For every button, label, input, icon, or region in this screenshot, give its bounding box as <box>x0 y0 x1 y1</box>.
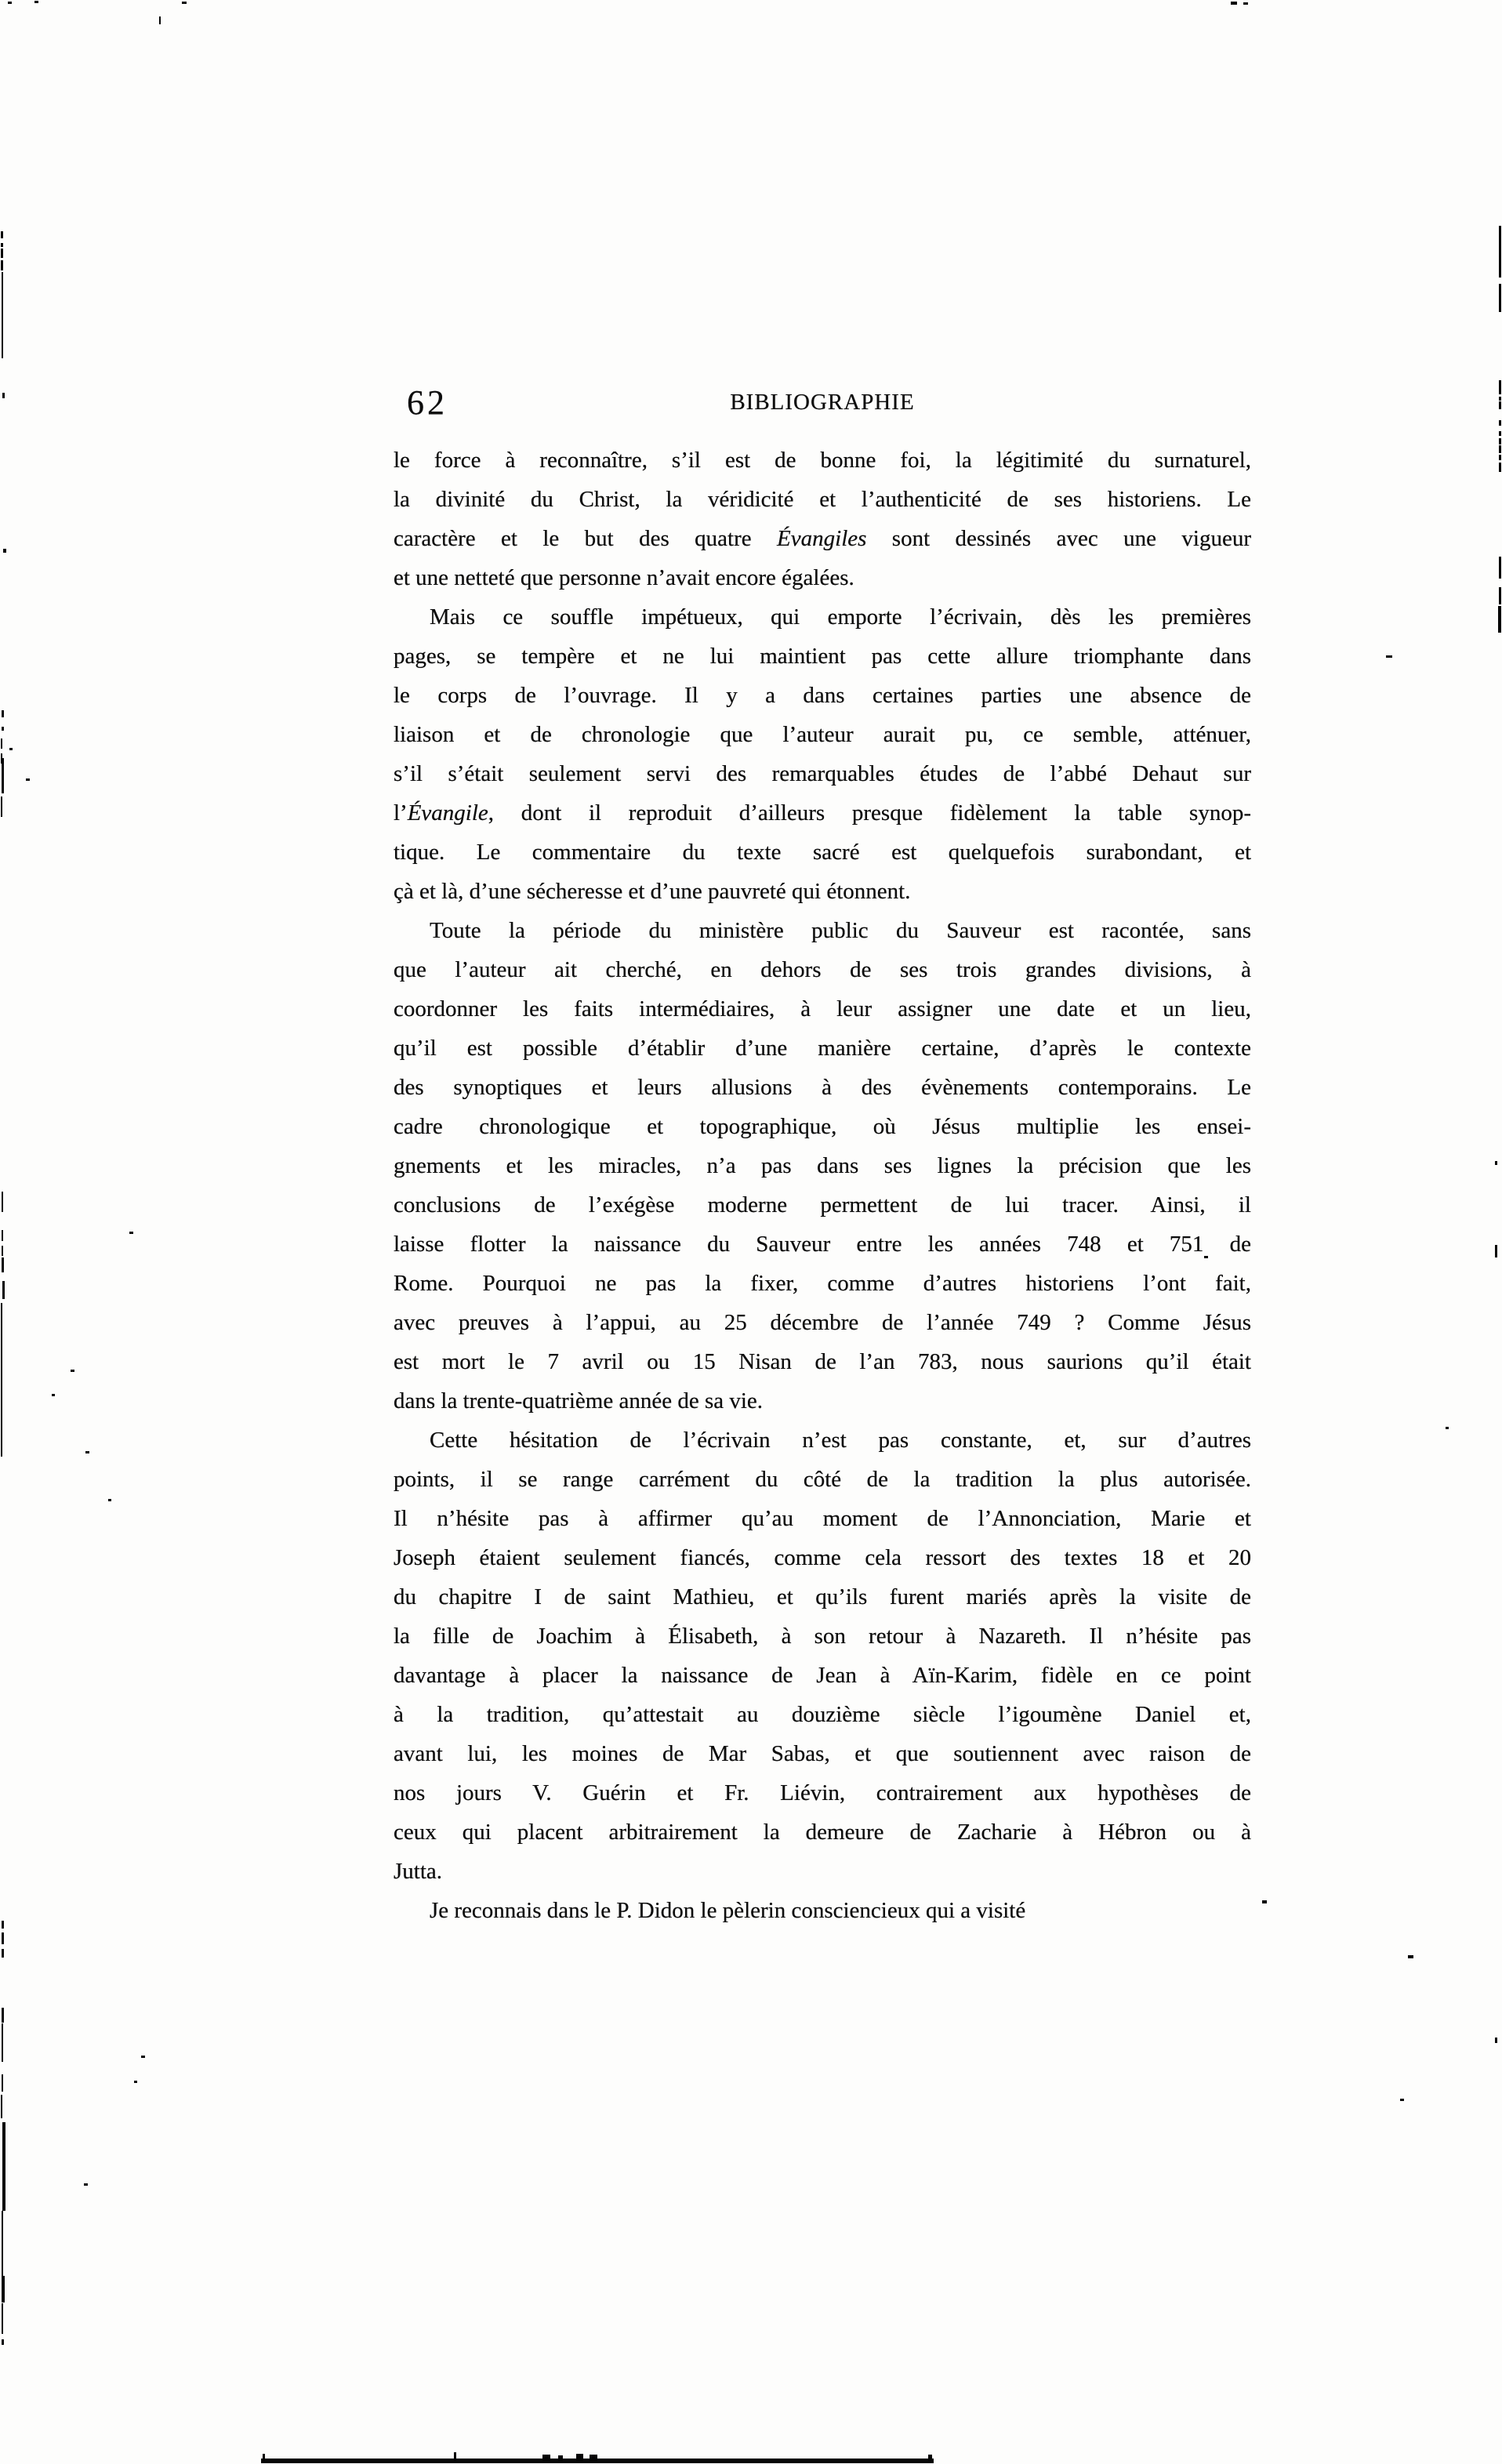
text-line: laisse flotter la naissance du Sauveur e… <box>394 1225 1251 1264</box>
scan-artifact <box>2 727 4 731</box>
italic-text: Évangiles <box>777 526 866 551</box>
text-line: caractère et le but des quatre Évangiles… <box>394 519 1251 558</box>
scan-artifact <box>2 1192 3 1212</box>
scan-artifact <box>129 1232 133 1234</box>
scan-artifact <box>1 243 3 247</box>
scan-artifact <box>263 2454 265 2459</box>
text-segment: gnements et les miracles, n’a pas dans s… <box>394 1153 1251 1178</box>
scan-artifact <box>1499 438 1501 445</box>
text-segment: conclusions de l’exégèse moderne permett… <box>394 1192 1251 1217</box>
scan-artifact <box>2 1932 4 1944</box>
text-segment: liaison et de chronologie que l’auteur a… <box>394 722 1251 747</box>
scanned-book-page: 62 BIBLIOGRAPHIE le force à reconnaître,… <box>0 0 1502 2464</box>
scan-artifact <box>2 2074 3 2092</box>
scan-artifact <box>1 797 2 817</box>
text-line: Joseph étaient seulement fiancés, comme … <box>394 1538 1251 1577</box>
text-segment: Cette hésitation de l’écrivain n’est pas… <box>430 1428 1251 1453</box>
text-line: liaison et de chronologie que l’auteur a… <box>394 715 1251 754</box>
text-line: et une netteté que personne n’avait enco… <box>394 558 1251 597</box>
scan-artifact <box>1499 420 1501 426</box>
scan-artifact <box>2 1281 5 1299</box>
text-line: le corps de l’ouvrage. Il y a dans certa… <box>394 676 1251 715</box>
text-segment: tique. Le commentaire du texte sacré est… <box>394 840 1251 865</box>
text-segment: laisse flotter la naissance du Sauveur e… <box>394 1232 1251 1257</box>
scan-artifact <box>454 2452 456 2459</box>
text-line: nos jours V. Guérin et Fr. Liévin, contr… <box>394 1773 1251 1813</box>
scan-artifact <box>1204 1256 1208 1258</box>
text-segment: sont dessinés avec une vigueur <box>866 526 1251 551</box>
scan-artifact <box>3 549 6 553</box>
scan-artifact <box>1499 397 1501 401</box>
text-segment: Je reconnais dans le P. Didon le pèlerin… <box>430 1898 1025 1923</box>
text-line: davantage à placer la naissance de Jean … <box>394 1656 1251 1695</box>
text-segment: Mais ce souffle impétueux, qui emporte l… <box>430 604 1251 630</box>
scan-artifact <box>590 2455 597 2459</box>
scan-artifact <box>2 2339 4 2345</box>
scan-artifact <box>52 1394 55 1396</box>
text-segment: dans la trente-quatrième année de sa vie… <box>394 1388 763 1413</box>
scan-artifact <box>84 2183 88 2186</box>
text-segment: des synoptiques et leurs allusions à des… <box>394 1075 1251 1100</box>
paragraph: Je reconnais dans le P. Didon le pèlerin… <box>394 1891 1251 1930</box>
scan-artifact <box>2 710 4 717</box>
scan-artifact <box>1499 587 1501 604</box>
text-segment: caractère et le but des quatre <box>394 526 777 551</box>
text-segment: ceux qui placent arbitrairement la demeu… <box>394 1820 1251 1845</box>
scan-artifact <box>1446 1427 1449 1429</box>
scan-artifact <box>1499 431 1501 436</box>
text-segment: la fille de Joachim à Élisabeth, à son r… <box>394 1624 1251 1649</box>
scan-artifact <box>2 758 4 785</box>
text-segment: avant lui, les moines de Mar Sabas, et q… <box>394 1741 1251 1766</box>
text-segment: Rome. Pourquoi ne pas la fixer, comme d’… <box>394 1271 1251 1296</box>
text-segment: l’ <box>394 800 408 826</box>
scan-artifact <box>182 2 187 4</box>
scan-artifact <box>261 2459 934 2463</box>
text-line: qu’il est possible d’établir d’une maniè… <box>394 1029 1251 1068</box>
scan-artifact <box>1499 284 1501 312</box>
text-segment: à la tradition, qu’attestait au douzième… <box>394 1702 1251 1727</box>
scan-artifact <box>26 778 30 781</box>
text-segment: et une netteté que personne n’avait enco… <box>394 565 854 590</box>
text-line: coordonner les faits intermédiaires, à l… <box>394 989 1251 1029</box>
text-segment: qu’il est possible d’établir d’une maniè… <box>394 1036 1251 1061</box>
text-segment: çà et là, d’une sécheresse et d’une pauv… <box>394 879 910 904</box>
text-line: çà et là, d’une sécheresse et d’une pauv… <box>394 872 1251 911</box>
text-line: le force à reconnaître, s’il est de bonn… <box>394 441 1251 480</box>
text-segment: , dont il reproduit d’ailleurs presque f… <box>488 800 1251 826</box>
scan-artifact <box>71 1370 74 1372</box>
scan-artifact <box>2 2122 5 2211</box>
scan-artifact <box>2 2008 4 2023</box>
text-line: Il n’hésite pas à affirmer qu’au moment … <box>394 1499 1251 1538</box>
scan-artifact <box>1499 455 1501 460</box>
text-line: conclusions de l’exégèse moderne permett… <box>394 1185 1251 1225</box>
paragraph: Toute la période du ministère public du … <box>394 911 1251 1421</box>
text-line: la fille de Joachim à Élisabeth, à son r… <box>394 1617 1251 1656</box>
scan-artifact <box>108 1499 111 1501</box>
text-line: des synoptiques et leurs allusions à des… <box>394 1068 1251 1107</box>
text-segment: le corps de l’ouvrage. Il y a dans certa… <box>394 683 1251 708</box>
text-segment: la divinité du Christ, la véridicité et … <box>394 487 1251 512</box>
scan-artifact <box>1499 557 1501 579</box>
text-segment: du chapitre I de saint Mathieu, et qu’il… <box>394 1584 1251 1609</box>
text-line: que l’auteur ait cherché, en dehors de s… <box>394 950 1251 989</box>
text-segment: coordonner les faits intermédiaires, à l… <box>394 996 1251 1022</box>
text-line: Rome. Pourquoi ne pas la fixer, comme d’… <box>394 1264 1251 1303</box>
text-segment: nos jours V. Guérin et Fr. Liévin, contr… <box>394 1780 1251 1805</box>
text-block: le force à reconnaître, s’il est de bonn… <box>394 441 1251 1930</box>
scan-artifact <box>576 2454 583 2459</box>
scan-artifact <box>159 16 161 24</box>
text-segment: Toute la période du ministère public du … <box>430 918 1251 943</box>
text-segment: cadre chronologique et topographique, où… <box>394 1114 1251 1139</box>
scan-artifact <box>1499 445 1501 453</box>
text-line: s’il s’était seulement servi des remarqu… <box>394 754 1251 793</box>
text-line: Toute la période du ministère public du … <box>394 911 1251 950</box>
text-line: Jutta. <box>394 1852 1251 1891</box>
scan-artifact <box>1499 401 1501 409</box>
scan-artifact <box>1495 1245 1497 1257</box>
text-line: du chapitre I de saint Mathieu, et qu’il… <box>394 1577 1251 1617</box>
scan-artifact <box>1 249 3 258</box>
scan-artifact <box>2 2211 3 2276</box>
scan-artifact <box>1408 1955 1413 1958</box>
text-line: la divinité du Christ, la véridicité et … <box>394 480 1251 519</box>
text-line: points, il se range carrément du côté de… <box>394 1460 1251 1499</box>
scan-artifact <box>558 2455 563 2459</box>
text-line: gnements et les miracles, n’a pas dans s… <box>394 1146 1251 1185</box>
text-line: Cette hésitation de l’écrivain n’est pas… <box>394 1421 1251 1460</box>
scan-artifact <box>2 272 3 358</box>
scan-artifact <box>1 738 2 749</box>
text-line: est mort le 7 avril ou 15 Nisan de l’an … <box>394 1342 1251 1381</box>
text-line: dans la trente-quatrième année de sa vie… <box>394 1381 1251 1421</box>
running-header: BIBLIOGRAPHIE <box>394 390 1251 416</box>
scan-artifact <box>1 231 3 238</box>
scan-artifact <box>1 1303 2 1457</box>
text-segment: davantage à placer la naissance de Jean … <box>394 1663 1251 1688</box>
scan-artifact <box>542 2455 550 2459</box>
scan-artifact <box>2 1921 4 1929</box>
text-line: cadre chronologique et topographique, où… <box>394 1107 1251 1146</box>
text-segment: s’il s’était seulement servi des remarqu… <box>394 761 1251 786</box>
text-line: Je reconnais dans le P. Didon le pèlerin… <box>394 1891 1251 1930</box>
scan-artifact <box>34 1 38 3</box>
scan-artifact <box>1499 380 1501 394</box>
text-line: pages, se tempère et ne lui maintient pa… <box>394 637 1251 676</box>
scan-artifact <box>85 1451 89 1453</box>
scan-artifact <box>2 1230 3 1241</box>
scan-artifact <box>2 1246 3 1256</box>
text-segment: Joseph étaient seulement fiancés, comme … <box>394 1545 1251 1570</box>
italic-text: Évangile <box>408 800 488 826</box>
paragraph: Mais ce souffle impétueux, qui emporte l… <box>394 597 1251 911</box>
text-line: avec preuves à l’appui, au 25 décembre d… <box>394 1303 1251 1342</box>
scan-artifact <box>2 2023 3 2062</box>
scan-artifact <box>2 2303 3 2334</box>
text-line: Mais ce souffle impétueux, qui emporte l… <box>394 597 1251 637</box>
scan-artifact <box>2 1949 4 1958</box>
text-segment: le force à reconnaître, s’il est de bonn… <box>394 448 1251 473</box>
text-segment: que l’auteur ait cherché, en dehors de s… <box>394 957 1251 982</box>
scan-artifact <box>9 748 13 750</box>
text-segment: avec preuves à l’appui, au 25 décembre d… <box>394 1310 1251 1335</box>
text-line: avant lui, les moines de Mar Sabas, et q… <box>394 1734 1251 1773</box>
text-segment: Il n’hésite pas à affirmer qu’au moment … <box>394 1506 1251 1531</box>
text-segment: est mort le 7 avril ou 15 Nisan de l’an … <box>394 1349 1251 1374</box>
scan-artifact <box>1495 2038 1497 2043</box>
text-line: l’Évangile, dont il reproduit d’ailleurs… <box>394 793 1251 833</box>
scan-artifact <box>8 2 12 4</box>
paragraph: Cette hésitation de l’écrivain n’est pas… <box>394 1421 1251 1891</box>
text-line: à la tradition, qu’attestait au douzième… <box>394 1695 1251 1734</box>
scan-artifact <box>1499 226 1501 278</box>
text-segment: points, il se range carrément du côté de… <box>394 1467 1251 1492</box>
scan-artifact <box>1495 1161 1497 1165</box>
scan-artifact <box>1231 2 1237 5</box>
scan-artifact <box>1262 1900 1267 1903</box>
scan-artifact <box>1386 655 1392 658</box>
text-segment: pages, se tempère et ne lui maintient pa… <box>394 644 1251 669</box>
scan-artifact <box>1498 606 1501 633</box>
scan-artifact <box>2 785 4 793</box>
scan-artifact <box>928 2455 932 2462</box>
scan-artifact <box>1 2095 2 2118</box>
scan-artifact <box>1243 2 1248 5</box>
text-line: tique. Le commentaire du texte sacré est… <box>394 833 1251 872</box>
scan-artifact <box>141 2056 145 2058</box>
scan-artifact <box>1400 2099 1404 2101</box>
paragraph: le force à reconnaître, s’il est de bonn… <box>394 441 1251 597</box>
scan-artifact <box>2 393 5 398</box>
scan-artifact <box>1 260 3 270</box>
text-segment: Jutta. <box>394 1859 442 1884</box>
scan-artifact <box>2 2276 5 2303</box>
scan-artifact <box>134 2081 137 2083</box>
text-line: ceux qui placent arbitrairement la demeu… <box>394 1813 1251 1852</box>
scan-artifact <box>2 1257 4 1272</box>
scan-artifact <box>1499 463 1501 472</box>
